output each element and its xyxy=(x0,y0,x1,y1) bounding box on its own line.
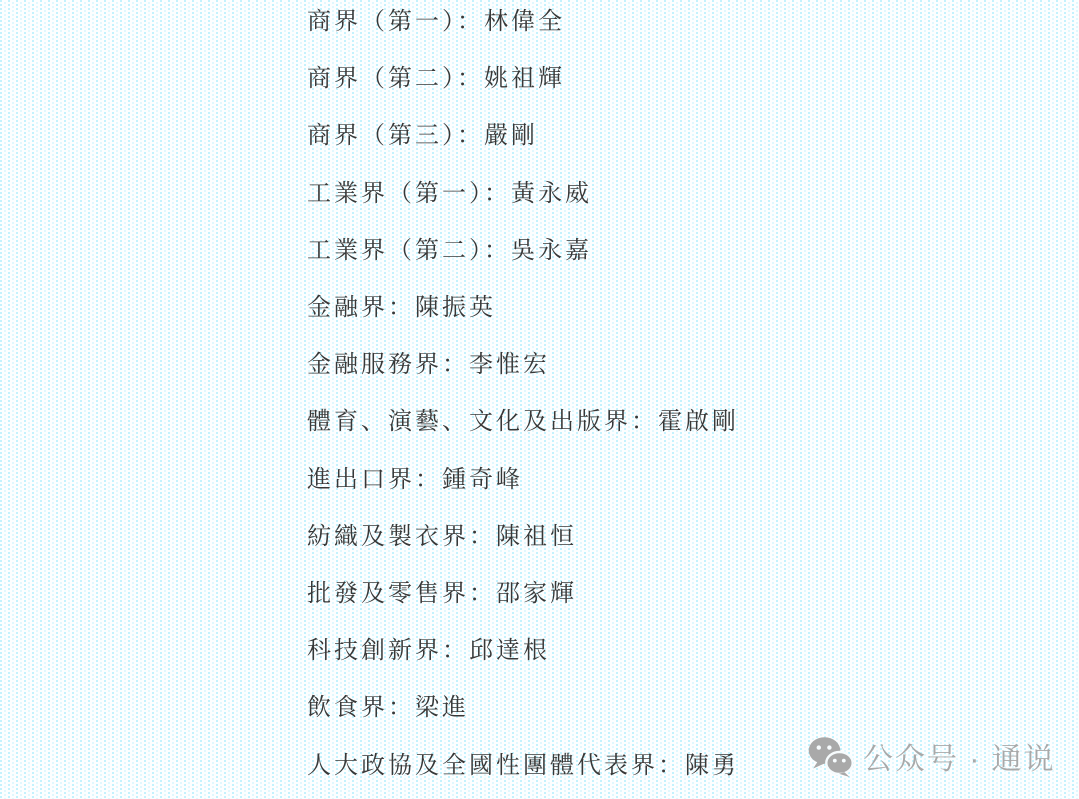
member-name: 陳祖恒 xyxy=(496,523,577,550)
member-name: 李惟宏 xyxy=(469,351,550,378)
constituency-label: 商界（第一） xyxy=(307,8,457,35)
colon-separator: ： xyxy=(415,466,442,493)
constituency-label: 金融服務界 xyxy=(307,351,442,378)
colon-separator: ： xyxy=(469,523,496,550)
list-item: 商界（第一）：林偉全 xyxy=(307,0,739,50)
constituency-label: 人大政協及全國性團體代表界 xyxy=(307,752,658,779)
colon-separator: ： xyxy=(484,237,511,264)
colon-separator: ： xyxy=(457,8,484,35)
member-name: 吳永嘉 xyxy=(511,237,592,264)
constituency-label: 商界（第二） xyxy=(307,65,457,92)
constituency-label: 批發及零售界 xyxy=(307,580,469,607)
colon-separator: ： xyxy=(658,752,685,779)
constituency-list: 商界（第一）：林偉全 商界（第二）：姚祖輝 商界（第三）：嚴剛 工業界（第一）：… xyxy=(307,0,739,794)
colon-separator: ： xyxy=(631,408,658,435)
member-name: 霍啟剛 xyxy=(658,408,739,435)
member-name: 陳振英 xyxy=(415,294,496,321)
constituency-label: 金融界 xyxy=(307,294,388,321)
colon-separator: ： xyxy=(457,65,484,92)
list-item: 商界（第二）：姚祖輝 xyxy=(307,50,739,107)
constituency-label: 飲食界 xyxy=(307,694,388,721)
list-item: 商界（第三）：嚴剛 xyxy=(307,107,739,164)
member-name: 姚祖輝 xyxy=(484,65,565,92)
list-item: 進出口界：鍾奇峰 xyxy=(307,451,739,508)
colon-separator: ： xyxy=(442,637,469,664)
constituency-label: 工業界（第二） xyxy=(307,237,484,264)
wechat-logo-icon xyxy=(808,736,853,777)
member-name: 鍾奇峰 xyxy=(442,466,523,493)
watermark-label: 公众号 · 通说 xyxy=(863,734,1056,778)
list-item: 科技創新界：邱達根 xyxy=(307,622,739,679)
member-name: 陳勇 xyxy=(685,752,739,779)
colon-separator: ： xyxy=(469,580,496,607)
member-name: 林偉全 xyxy=(484,8,565,35)
list-item: 金融界：陳振英 xyxy=(307,279,739,336)
constituency-label: 工業界（第一） xyxy=(307,180,484,207)
colon-separator: ： xyxy=(442,351,469,378)
list-item: 體育、演藝、文化及出版界：霍啟剛 xyxy=(307,393,739,450)
list-item: 紡織及製衣界：陳祖恒 xyxy=(307,508,739,565)
member-name: 嚴剛 xyxy=(484,122,538,149)
colon-separator: ： xyxy=(457,122,484,149)
list-item: 工業界（第一）：黃永威 xyxy=(307,165,739,222)
list-item: 工業界（第二）：吳永嘉 xyxy=(307,222,739,279)
list-item: 金融服務界：李惟宏 xyxy=(307,336,739,393)
colon-separator: ： xyxy=(388,694,415,721)
member-name: 邱達根 xyxy=(469,637,550,664)
list-item: 人大政協及全國性團體代表界：陳勇 xyxy=(307,737,739,794)
colon-separator: ： xyxy=(484,180,511,207)
constituency-label: 紡織及製衣界 xyxy=(307,523,469,550)
list-item: 批發及零售界：邵家輝 xyxy=(307,565,739,622)
member-name: 邵家輝 xyxy=(496,580,577,607)
article-page: { "page": { "background_color": "#fcfeff… xyxy=(0,0,1079,799)
member-name: 黃永威 xyxy=(511,180,592,207)
constituency-label: 科技創新界 xyxy=(307,637,442,664)
member-name: 梁進 xyxy=(415,694,469,721)
constituency-label: 商界（第三） xyxy=(307,122,457,149)
constituency-label: 體育、演藝、文化及出版界 xyxy=(307,408,631,435)
colon-separator: ： xyxy=(388,294,415,321)
watermark: 公众号 · 通说 xyxy=(808,733,1056,779)
list-item: 飲食界：梁進 xyxy=(307,679,739,736)
constituency-label: 進出口界 xyxy=(307,466,415,493)
